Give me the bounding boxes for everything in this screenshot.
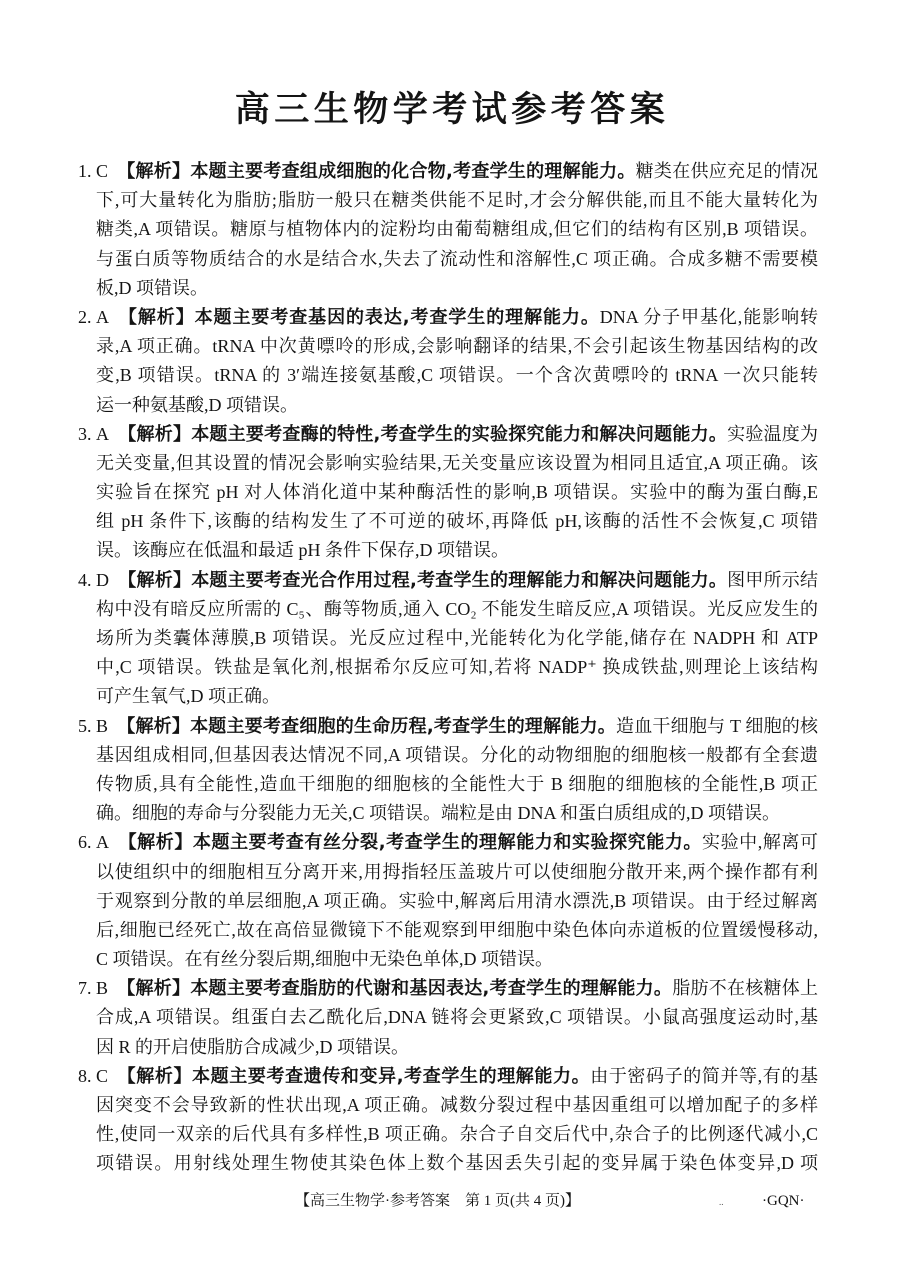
analysis-summary: 【解析】本题主要考查基因的表达,考查学生的理解能力。: [118, 307, 600, 328]
page-title: 高三生物学考试参考答案: [0, 88, 900, 132]
explanation-line: 实验旨在探究 pH 对人体消化道中某种酶活性的影响,B 项错误。实验中的酶为蛋白…: [78, 478, 818, 507]
question-number: 3.: [78, 420, 96, 449]
analysis-label: 【解析】: [117, 161, 190, 182]
summary-text: 本题主要考查光合作用过程,考查学生的理解能力和解决问题能力。: [191, 570, 727, 591]
item-first-line: 1.C【解析】本题主要考查组成细胞的化合物,考查学生的理解能力。糖类在供应充足的…: [78, 157, 818, 186]
question-number: 5.: [78, 712, 96, 741]
analysis-label: 【解析】: [117, 716, 190, 737]
question-number: 7.: [78, 974, 96, 1003]
explanation-text: 实验中,解离可: [702, 832, 818, 852]
summary-text: 本题主要考查组成细胞的化合物,考查学生的理解能力。: [190, 161, 635, 182]
question-number: 2.: [78, 303, 96, 332]
explanation-line: 糖类,A 项错误。糖原与植物体内的淀粉均由葡萄糖组成,但它们的结构有区别,B 项…: [78, 215, 818, 244]
summary-text: 本题主要考查遗传和变异,考查学生的理解能力。: [192, 1066, 590, 1087]
answer-item-7: 7.B【解析】本题主要考查脂肪的代谢和基因表达,考查学生的理解能力。脂肪不在核糖…: [78, 974, 818, 1062]
answer-item-1: 1.C【解析】本题主要考查组成细胞的化合物,考查学生的理解能力。糖类在供应充足的…: [78, 157, 818, 303]
item-first-line: 6.A【解析】本题主要考查有丝分裂,考查学生的理解能力和实验探究能力。实验中,解…: [78, 828, 818, 857]
answer-letter: C: [96, 161, 108, 181]
answer-letter: A: [96, 424, 109, 444]
explanation-line: 项错误。用射线处理生物使其染色体上数个基因丢失引起的变异属于染色体变异,D 项: [78, 1149, 818, 1178]
explanation-line: 场所为类囊体薄膜,B 项错误。光反应过程中,光能转化为化学能,储存在 NADPH…: [78, 624, 818, 653]
footer-mark: ..: [719, 1196, 724, 1208]
answer-item-2: 2.A【解析】本题主要考查基因的表达,考查学生的理解能力。DNA 分子甲基化,能…: [78, 303, 818, 420]
answer-item-6: 6.A【解析】本题主要考查有丝分裂,考查学生的理解能力和实验探究能力。实验中,解…: [78, 828, 818, 974]
explanation-text: 由于密码子的简并等,有的基: [590, 1066, 818, 1086]
summary-text: 本题主要考查有丝分裂,考查学生的理解能力和实验探究能力。: [193, 832, 702, 853]
question-number: 1.: [78, 157, 96, 186]
analysis-summary: 【解析】本题主要考查组成细胞的化合物,考查学生的理解能力。: [117, 161, 636, 182]
explanation-line: 于观察到分散的单层细胞,A 项正确。实验中,解离后用清水漂洗,B 项错误。由于经…: [78, 887, 818, 916]
summary-text: 本题主要考查脂肪的代谢和基因表达,考查学生的理解能力。: [190, 978, 672, 999]
explanation-line: C 项错误。在有丝分裂后期,细胞中无染色单体,D 项错误。: [78, 945, 818, 974]
question-number: 4.: [78, 566, 96, 595]
item-first-line: 3.A【解析】本题主要考查酶的特性,考查学生的实验探究能力和解决问题能力。实验温…: [78, 420, 818, 449]
explanation-text: 图甲所示结: [727, 570, 818, 590]
explanation-line: 变,B 项错误。tRNA 的 3′端连接氨基酸,C 项错误。一个含次黄嘌呤的 t…: [78, 361, 818, 390]
explanation-line: 无关变量,但其设置的情况会影响实验结果,无关变量应该设置为相同且适宜,A 项正确…: [78, 449, 818, 478]
item-first-line: 8.C【解析】本题主要考查遗传和变异,考查学生的理解能力。由于密码子的简并等,有…: [78, 1062, 818, 1091]
explanation-line: 传物质,具有全能性,造血干细胞的细胞核的全能性大于 B 细胞的细胞核的全能性,B…: [78, 770, 818, 799]
item-first-line: 2.A【解析】本题主要考查基因的表达,考查学生的理解能力。DNA 分子甲基化,能…: [78, 303, 818, 332]
answer-item-8: 8.C【解析】本题主要考查遗传和变异,考查学生的理解能力。由于密码子的简并等,有…: [78, 1062, 818, 1179]
analysis-summary: 【解析】本题主要考查光合作用过程,考查学生的理解能力和解决问题能力。: [118, 570, 727, 591]
page-footer: 【高三生物学·参考答案 第 1 页(共 4 页)】: [295, 1191, 580, 1211]
item-first-line: 4.D【解析】本题主要考查光合作用过程,考查学生的理解能力和解决问题能力。图甲所…: [78, 566, 818, 595]
explanation-line: 中,C 项错误。铁盐是氧化剂,根据希尔反应可知,若将 NADP⁺ 换成铁盐,则理…: [78, 653, 818, 682]
analysis-summary: 【解析】本题主要考查酶的特性,考查学生的实验探究能力和解决问题能力。: [118, 424, 727, 445]
explanation-line: 运一种氨基酸,D 项错误。: [78, 391, 818, 420]
explanation-text: DNA 分子甲基化,能影响转: [600, 307, 818, 327]
analysis-label: 【解析】: [117, 1066, 192, 1087]
item-first-line: 5.B【解析】本题主要考查细胞的生命历程,考查学生的理解能力。造血干细胞与 T …: [78, 712, 818, 741]
explanation-text: 实验温度为: [727, 424, 818, 444]
answer-letter: C: [96, 1066, 108, 1086]
analysis-summary: 【解析】本题主要考查有丝分裂,考查学生的理解能力和实验探究能力。: [118, 832, 702, 853]
analysis-label: 【解析】: [117, 978, 190, 999]
summary-text: 本题主要考查基因的表达,考查学生的理解能力。: [195, 307, 600, 328]
explanation-line: 确。细胞的寿命与分裂能力无关,C 项错误。端粒是由 DNA 和蛋白质组成的,D …: [78, 799, 818, 828]
explanation-line: 与蛋白质等物质结合的水是结合水,失去了流动性和溶解性,C 项正确。合成多糖不需要…: [78, 245, 818, 274]
analysis-label: 【解析】: [118, 832, 193, 853]
analysis-summary: 【解析】本题主要考查遗传和变异,考查学生的理解能力。: [117, 1066, 590, 1087]
explanation-line: 因 R 的开启使脂肪合成减少,D 项错误。: [78, 1033, 818, 1062]
summary-text: 本题主要考查酶的特性,考查学生的实验探究能力和解决问题能力。: [191, 424, 727, 445]
answer-key-page: 高三生物学考试参考答案 1.C【解析】本题主要考查组成细胞的化合物,考查学生的理…: [0, 0, 900, 1272]
answer-letter: A: [96, 832, 109, 852]
item-first-line: 7.B【解析】本题主要考查脂肪的代谢和基因表达,考查学生的理解能力。脂肪不在核糖…: [78, 974, 818, 1003]
analysis-summary: 【解析】本题主要考查脂肪的代谢和基因表达,考查学生的理解能力。: [117, 978, 672, 999]
explanation-text: 造血干细胞与 T 细胞的核: [616, 716, 818, 736]
footer-code: ·GQN·: [762, 1191, 805, 1211]
answer-item-3: 3.A【解析】本题主要考查酶的特性,考查学生的实验探究能力和解决问题能力。实验温…: [78, 420, 818, 566]
question-number: 8.: [78, 1062, 96, 1091]
answer-list: 1.C【解析】本题主要考查组成细胞的化合物,考查学生的理解能力。糖类在供应充足的…: [78, 157, 818, 1179]
analysis-label: 【解析】: [118, 424, 191, 445]
explanation-line: 构中没有暗反应所需的 C₅、酶等物质,通入 CO₂ 不能发生暗反应,A 项错误。…: [78, 595, 818, 624]
explanation-line: 板,D 项错误。: [78, 274, 818, 303]
explanation-line: 后,细胞已经死亡,故在高倍显微镜下不能观察到甲细胞中染色体向赤道板的位置缓慢移动…: [78, 916, 818, 945]
answer-letter: B: [96, 716, 108, 736]
explanation-line: 组 pH 条件下,该酶的结构发生了不可逆的破坏,再降低 pH,该酶的活性不会恢复…: [78, 507, 818, 536]
answer-letter: D: [96, 570, 109, 590]
explanation-line: 性,使同一双亲的后代具有多样性,B 项正确。杂合子自交后代中,杂合子的比例逐代减…: [78, 1120, 818, 1149]
question-number: 6.: [78, 828, 96, 857]
answer-item-5: 5.B【解析】本题主要考查细胞的生命历程,考查学生的理解能力。造血干细胞与 T …: [78, 712, 818, 829]
explanation-line: 以使组织中的细胞相互分离开来,用拇指轻压盖玻片可以使细胞分散开来,两个操作都有利: [78, 858, 818, 887]
explanation-text: 糖类在供应充足的情况: [636, 161, 818, 181]
answer-letter: B: [96, 978, 108, 998]
explanation-line: 合成,A 项错误。组蛋白去乙酰化后,DNA 链将会更紧致,C 项错误。小鼠高强度…: [78, 1003, 818, 1032]
analysis-label: 【解析】: [118, 307, 195, 328]
explanation-line: 录,A 项正确。tRNA 中次黄嘌呤的形成,会影响翻译的结果,不会引起该生物基因…: [78, 332, 818, 361]
analysis-summary: 【解析】本题主要考查细胞的生命历程,考查学生的理解能力。: [117, 716, 616, 737]
explanation-line: 基因组成相同,但基因表达情况不同,A 项错误。分化的动物细胞的细胞核一般都有全套…: [78, 741, 818, 770]
answer-letter: A: [96, 307, 109, 327]
summary-text: 本题主要考查细胞的生命历程,考查学生的理解能力。: [190, 716, 616, 737]
explanation-line: 可产生氧气,D 项正确。: [78, 682, 818, 711]
explanation-line: 误。该酶应在低温和最适 pH 条件下保存,D 项错误。: [78, 536, 818, 565]
answer-item-4: 4.D【解析】本题主要考查光合作用过程,考查学生的理解能力和解决问题能力。图甲所…: [78, 566, 818, 712]
analysis-label: 【解析】: [118, 570, 191, 591]
explanation-line: 下,可大量转化为脂肪;脂肪一般只在糖类供能不足时,才会分解供能,而且不能大量转化…: [78, 186, 818, 215]
explanation-line: 因突变不会导致新的性状出现,A 项正确。减数分裂过程中基因重组可以增加配子的多样: [78, 1091, 818, 1120]
explanation-text: 脂肪不在核糖体上: [672, 978, 818, 998]
